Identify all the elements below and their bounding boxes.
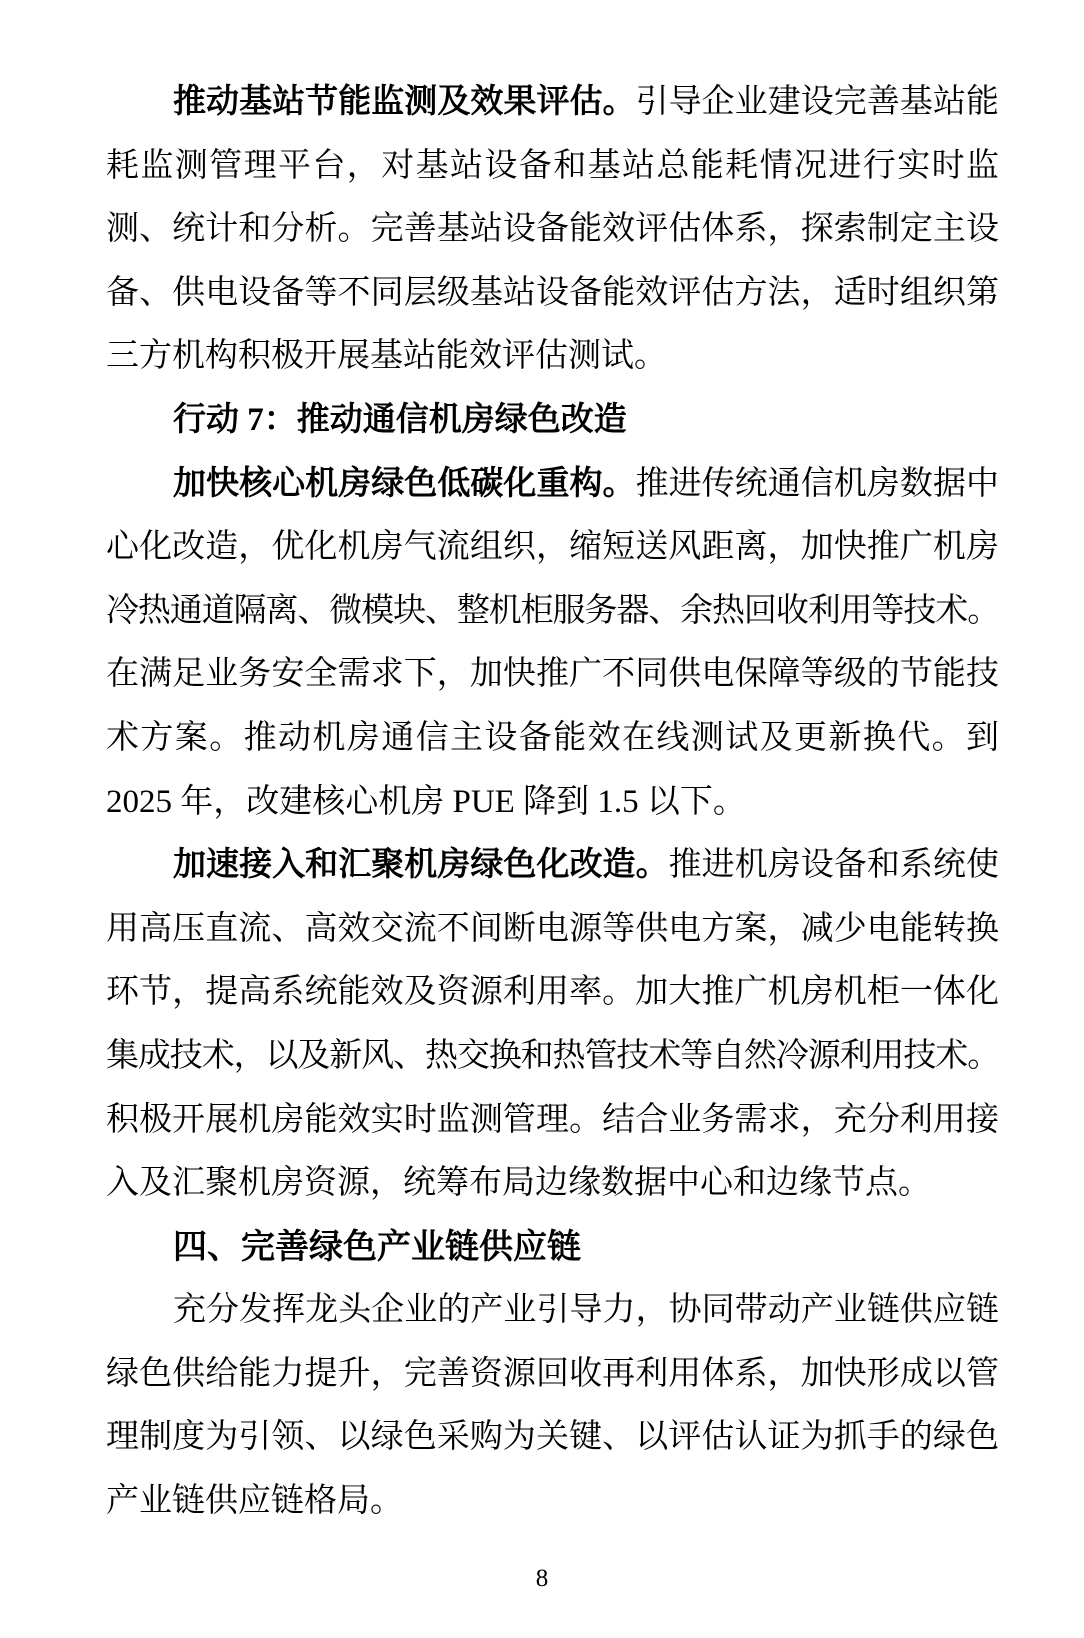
text-run: 充分发挥龙头企业的产业引导力，协同带动产业链供应链 (173, 1292, 999, 1328)
document-body: 推动基站节能监测及效果评估。引导企业建设完善基站能耗监测管理平台，对基站设备和基… (106, 71, 999, 1534)
text-line: 绿色供给能力提升，完善资源回收再利用体系，加快形成以管 (106, 1343, 999, 1407)
action-7-heading: 行动 7：推动通信机房绿色改造 (106, 389, 999, 453)
text-run: 在满足业务安全需求下，加快推广不同供电保障等级的节能技 (106, 656, 999, 692)
text-line: 术方案。推动机房通信主设备能效在线测试及更新换代。到 (106, 707, 999, 771)
text-line: 理制度为引领、以绿色采购为关键、以评估认证为抓手的绿色 (106, 1406, 999, 1470)
text-run: 产业链供应链格局。 (106, 1483, 403, 1519)
para-base-station-monitoring-line: 推动基站节能监测及效果评估。引导企业建设完善基站能 (106, 71, 999, 135)
document-page: 推动基站节能监测及效果评估。引导企业建设完善基站能耗监测管理平台，对基站设备和基… (0, 0, 1084, 1638)
text-run: 入及汇聚机房资源，统筹布局边缘数据中心和边缘节点。 (106, 1165, 931, 1201)
text-run: 备、供电设备等不同层级基站设备能效评估方法，适时组织第 (106, 275, 999, 311)
text-line: 集成技术，以及新风、热交换和热管技术等自然冷源利用技术。 (106, 1025, 999, 1089)
text-run: 推进传统通信机房数据中 (636, 466, 999, 502)
text-line: 冷热通道隔离、微模块、整机柜服务器、余热回收利用等技术。 (106, 580, 999, 644)
page-number: 8 (0, 1562, 1084, 1596)
text-run: 推进机房设备和系统使 (669, 847, 999, 883)
text-line: 产业链供应链格局。 (106, 1470, 999, 1534)
text-run: 引导企业建设完善基站能 (636, 84, 999, 120)
text-run: 心化改造，优化机房气流组织，缩短送风距离，加快推广机房 (106, 529, 999, 565)
text-line: 入及汇聚机房资源，统筹布局边缘数据中心和边缘节点。 (106, 1152, 999, 1216)
bold-text-run: 推动基站节能监测及效果评估。 (173, 84, 636, 120)
text-run: 术方案。推动机房通信主设备能效在线测试及更新换代。到 (106, 720, 999, 756)
bold-text-run: 加速接入和汇聚机房绿色化改造。 (173, 847, 669, 883)
section-4-heading: 四、完善绿色产业链供应链 (106, 1216, 999, 1280)
text-line: 测、统计和分析。完善基站设备能效评估体系，探索制定主设 (106, 198, 999, 262)
text-line: 三方机构积极开展基站能效评估测试。 (106, 325, 999, 389)
text-line: 在满足业务安全需求下，加快推广不同供电保障等级的节能技 (106, 643, 999, 707)
text-line: 耗监测管理平台，对基站设备和基站总能耗情况进行实时监 (106, 135, 999, 199)
text-run: 冷热通道隔离、微模块、整机柜服务器、余热回收利用等技术。 (106, 593, 999, 629)
text-line: 环节，提高系统能效及资源利用率。加大推广机房机柜一体化 (106, 961, 999, 1025)
para-core-room-reconstruction-line: 加快核心机房绿色低碳化重构。推进传统通信机房数据中 (106, 453, 999, 517)
bold-text-run: 行动 7：推动通信机房绿色改造 (173, 402, 627, 438)
text-line: 心化改造，优化机房气流组织，缩短送风距离，加快推广机房 (106, 516, 999, 580)
text-run: 绿色供给能力提升，完善资源回收再利用体系，加快形成以管 (106, 1356, 999, 1392)
text-run: 集成技术，以及新风、热交换和热管技术等自然冷源利用技术。 (106, 1038, 999, 1074)
text-run: 三方机构积极开展基站能效评估测试。 (106, 338, 667, 374)
text-run: 用高压直流、高效交流不间断电源等供电方案，减少电能转换 (106, 911, 999, 947)
text-line: 2025 年，改建核心机房 PUE 降到 1.5 以下。 (106, 771, 999, 835)
text-run: 环节，提高系统能效及资源利用率。加大推广机房机柜一体化 (106, 974, 999, 1010)
text-run: 2025 年，改建核心机房 PUE 降到 1.5 以下。 (106, 784, 746, 820)
text-run: 测、统计和分析。完善基站设备能效评估体系，探索制定主设 (106, 211, 999, 247)
text-line: 备、供电设备等不同层级基站设备能效评估方法，适时组织第 (106, 262, 999, 326)
para-supply-chain-line: 充分发挥龙头企业的产业引导力，协同带动产业链供应链 (106, 1279, 999, 1343)
para-access-room-renovation-line: 加速接入和汇聚机房绿色化改造。推进机房设备和系统使 (106, 834, 999, 898)
text-run: 理制度为引领、以绿色采购为关键、以评估认证为抓手的绿色 (106, 1419, 999, 1455)
text-line: 积极开展机房能效实时监测管理。结合业务需求，充分利用接 (106, 1089, 999, 1153)
bold-text-run: 加快核心机房绿色低碳化重构。 (173, 466, 636, 502)
text-run: 耗监测管理平台，对基站设备和基站总能耗情况进行实时监 (106, 148, 999, 184)
text-line: 用高压直流、高效交流不间断电源等供电方案，减少电能转换 (106, 898, 999, 962)
bold-text-run: 四、完善绿色产业链供应链 (173, 1228, 581, 1266)
text-run: 积极开展机房能效实时监测管理。结合业务需求，充分利用接 (106, 1102, 999, 1138)
